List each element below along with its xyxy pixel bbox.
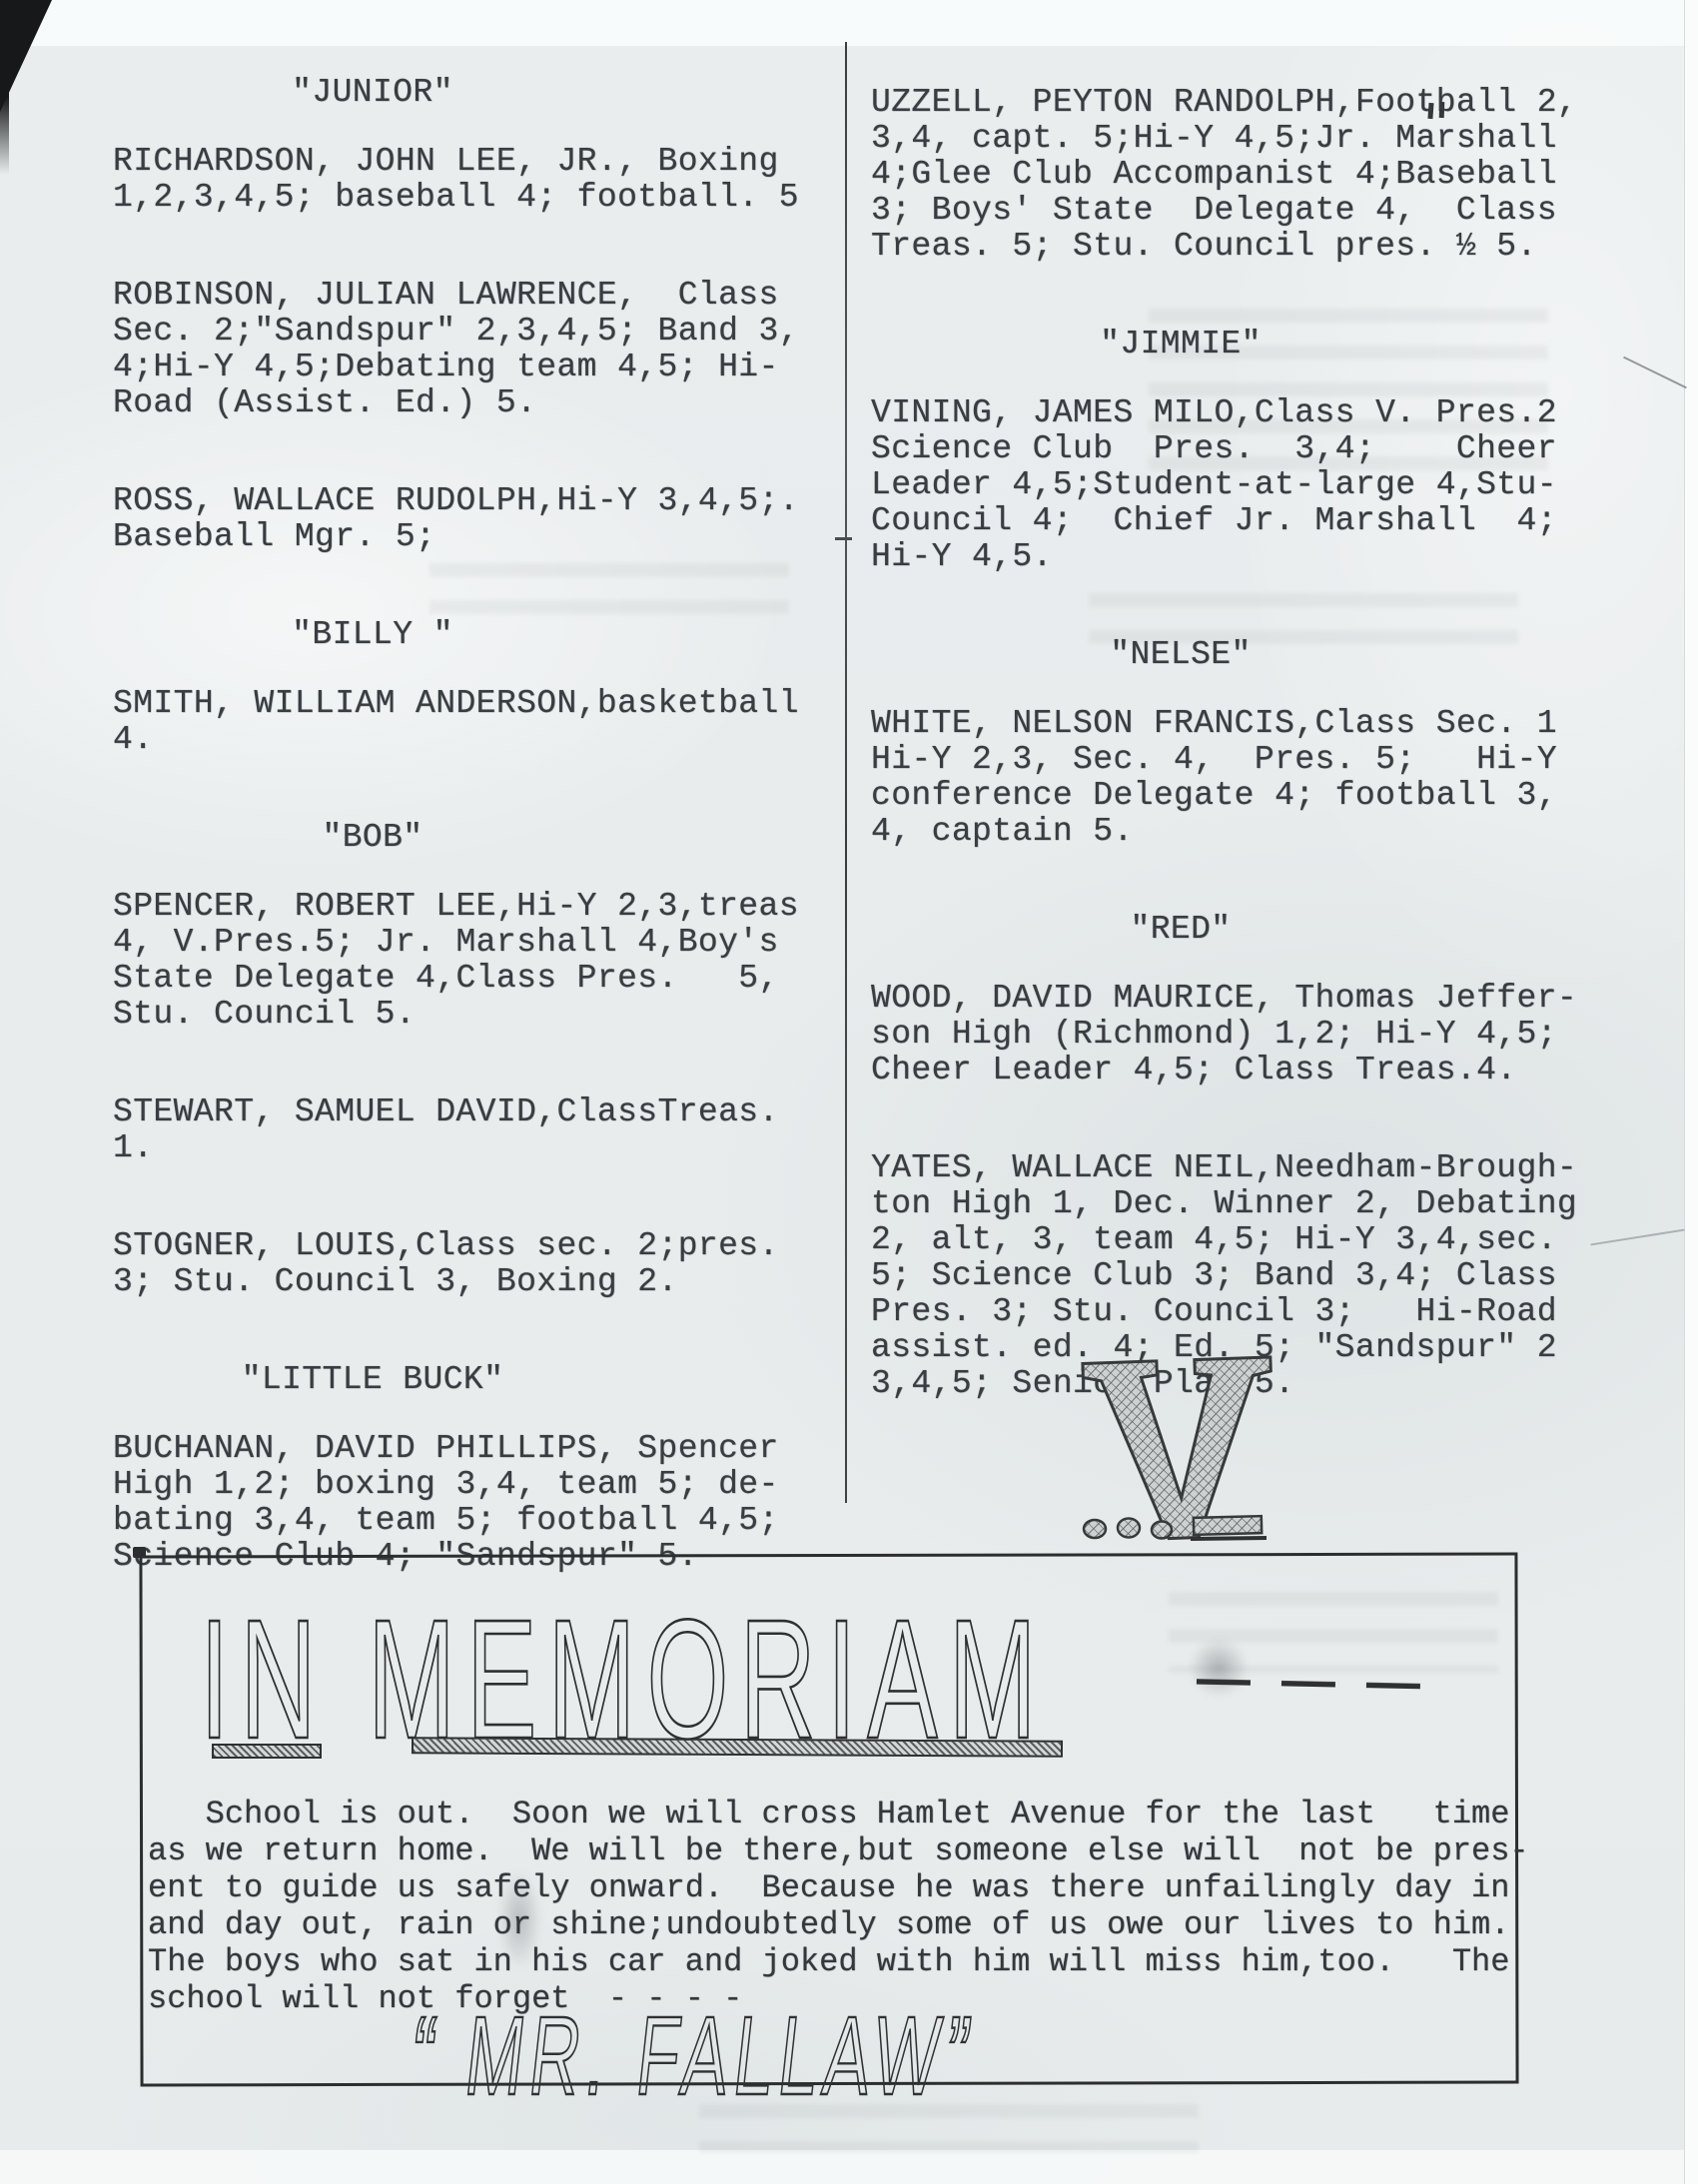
entry-line: 4, captain 5.: [871, 814, 1570, 850]
paper-crease: [1590, 1229, 1684, 1246]
student-entry: UZZELL, PEYTON RANDOLPH,Football 2,3,4, …: [871, 85, 1570, 265]
entry-line: STOGNER, LOUIS,Class sec. 2;pres.: [113, 1228, 802, 1264]
title-underline-bar: [212, 1744, 322, 1759]
left-column: "JUNIOR"RICHARDSON, JOHN LEE, JR., Boxin…: [113, 75, 802, 1637]
student-entry: STEWART, SAMUEL DAVID,ClassTreas.1.: [113, 1094, 802, 1166]
entry-line: conference Delegate 4; football 3,: [871, 778, 1570, 814]
student-entry: WOOD, DAVID MAURICE, Thomas Jeffer-son H…: [871, 981, 1570, 1089]
entry-line: 3,4, capt. 5;Hi-Y 4,5;Jr. Marshall: [871, 121, 1570, 157]
entry-line: ROSS, WALLACE RUDOLPH,Hi-Y 3,4,5;.: [113, 483, 802, 519]
entry-line: 2, alt, 3, team 4,5; Hi-Y 3,4,sec.: [871, 1222, 1570, 1258]
column-divider-tick: [835, 537, 852, 540]
nickname-heading: "BOB": [28, 820, 717, 856]
title-underline-bar: [412, 1737, 1063, 1757]
victory-v-icon: [1074, 1350, 1293, 1550]
student-entry: ROSS, WALLACE RUDOLPH,Hi-Y 3,4,5;.Baseba…: [113, 483, 802, 555]
entry-line: 1,2,3,4,5; baseball 4; football. 5: [113, 180, 802, 216]
student-entry: VINING, JAMES MILO,Class V. Pres.2Scienc…: [871, 395, 1570, 575]
memoriam-title-dashes: — — —: [1196, 1648, 1428, 1715]
entry-line: Hi-Y 2,3, Sec. 4, Pres. 5; Hi-Y: [871, 742, 1570, 778]
nickname-heading: "JUNIOR": [28, 75, 717, 111]
paragraph-line: and day out, rain or shine;undoubtedly s…: [148, 1906, 1529, 1943]
entry-line: WHITE, NELSON FRANCIS,Class Sec. 1: [871, 706, 1570, 742]
entry-line: Stu. Council 5.: [113, 997, 802, 1033]
entry-line: UZZELL, PEYTON RANDOLPH,Football 2,: [871, 85, 1570, 121]
entry-line: Road (Assist. Ed.) 5.: [113, 385, 802, 421]
student-entry: SPENCER, ROBERT LEE,Hi-Y 2,3,treas4, V.P…: [113, 889, 802, 1033]
student-entry: SMITH, WILLIAM ANDERSON,basketball4.: [113, 686, 802, 758]
entry-line: ton High 1, Dec. Winner 2, Debating: [871, 1186, 1570, 1222]
paragraph-line: School is out. Soon we will cross Hamlet…: [148, 1796, 1529, 1832]
entry-line: 3; Boys' State Delegate 4, Class: [871, 193, 1570, 229]
column-divider-line: [845, 42, 847, 1503]
victory-v-shape: [1083, 1357, 1276, 1541]
entry-line: son High (Richmond) 1,2; Hi-Y 4,5;: [871, 1017, 1570, 1053]
entry-line: Hi-Y 4,5.: [871, 539, 1570, 575]
nickname-heading: "LITTLE BUCK": [28, 1362, 717, 1398]
entry-line: 1.: [113, 1130, 802, 1166]
right-column: UZZELL, PEYTON RANDOLPH,Football 2,3,4, …: [871, 85, 1570, 1464]
entry-line: Baseball Mgr. 5;: [113, 519, 802, 555]
paragraph-line: The boys who sat in his car and joked wi…: [148, 1943, 1529, 1980]
scan-edge-band-top: [0, 0, 1698, 46]
page-edge-strip: [1684, 0, 1698, 2184]
paper-crease: [1623, 357, 1687, 388]
entry-line: 4;Hi-Y 4,5;Debating team 4,5; Hi-: [113, 350, 802, 385]
entry-line: RICHARDSON, JOHN LEE, JR., Boxing: [113, 144, 802, 180]
entry-line: VINING, JAMES MILO,Class V. Pres.2: [871, 395, 1570, 431]
memoriam-paragraph: School is out. Soon we will cross Hamlet…: [148, 1796, 1529, 2017]
entry-line: 5; Science Club 3; Band 3,4; Class: [871, 1258, 1570, 1294]
entry-line: STEWART, SAMUEL DAVID,ClassTreas.: [113, 1094, 802, 1130]
paragraph-line: ent to guide us safely onward. Because h…: [148, 1869, 1529, 1906]
memoriam-signature-lettering: “ MR. FALLAW”: [400, 1999, 1179, 2119]
scan-corner-artifact: [0, 0, 9, 175]
entry-line: SMITH, WILLIAM ANDERSON,basketball: [113, 686, 802, 722]
student-entry: RICHARDSON, JOHN LEE, JR., Boxing1,2,3,4…: [113, 144, 802, 216]
entry-line: State Delegate 4,Class Pres. 5,: [113, 961, 802, 997]
entry-line: BUCHANAN, DAVID PHILLIPS, Spencer: [113, 1431, 802, 1467]
scanned-page-background: "JUNIOR"RICHARDSON, JOHN LEE, JR., Boxin…: [0, 0, 1698, 2184]
nickname-heading: "JIMMIE": [831, 327, 1530, 363]
entry-line: bating 3,4, team 5; football 4,5;: [113, 1503, 802, 1539]
nickname-heading: "RED": [831, 912, 1530, 948]
student-entry: STOGNER, LOUIS,Class sec. 2;pres.3; Stu.…: [113, 1228, 802, 1300]
entry-line: Council 4; Chief Jr. Marshall 4;: [871, 503, 1570, 539]
nickname-heading: "BILLY ": [28, 617, 717, 653]
entry-line: WOOD, DAVID MAURICE, Thomas Jeffer-: [871, 981, 1570, 1017]
entry-line: 4, V.Pres.5; Jr. Marshall 4,Boy's: [113, 925, 802, 961]
entry-line: 3; Stu. Council 3, Boxing 2.: [113, 1264, 802, 1300]
entry-line: Treas. 5; Stu. Council pres. ½ 5.: [871, 229, 1570, 265]
memoriam-signature: “ MR. FALLAW”: [406, 1992, 983, 2118]
student-entry: WHITE, NELSON FRANCIS,Class Sec. 1Hi-Y 2…: [871, 706, 1570, 850]
student-entry: ROBINSON, JULIAN LAWRENCE, ClassSec. 2;"…: [113, 278, 802, 421]
entry-line: Leader 4,5;Student-at-large 4,Stu-: [871, 467, 1570, 503]
entry-line: Sec. 2;"Sandspur" 2,3,4,5; Band 3,: [113, 314, 802, 350]
nickname-heading: "NELSE": [831, 637, 1530, 673]
entry-line: 4.: [113, 722, 802, 758]
entry-line: Science Club Pres. 3,4; Cheer: [871, 431, 1570, 467]
entry-line: Pres. 3; Stu. Council 3; Hi-Road: [871, 1294, 1570, 1330]
scan-edge-band-bottom: [0, 2150, 1698, 2184]
entry-line: ROBINSON, JULIAN LAWRENCE, Class: [113, 278, 802, 314]
entry-line: High 1,2; boxing 3,4, team 5; de-: [113, 1467, 802, 1503]
paragraph-line: as we return home. We will be there,but …: [148, 1832, 1529, 1869]
entry-line: Cheer Leader 4,5; Class Treas.4.: [871, 1053, 1570, 1089]
entry-line: YATES, WALLACE NEIL,Needham-Brough-: [871, 1150, 1570, 1186]
entry-line: 4;Glee Club Accompanist 4;Baseball: [871, 157, 1570, 193]
memoriam-box-corner: [133, 1547, 146, 1558]
entry-line: SPENCER, ROBERT LEE,Hi-Y 2,3,treas: [113, 889, 802, 925]
